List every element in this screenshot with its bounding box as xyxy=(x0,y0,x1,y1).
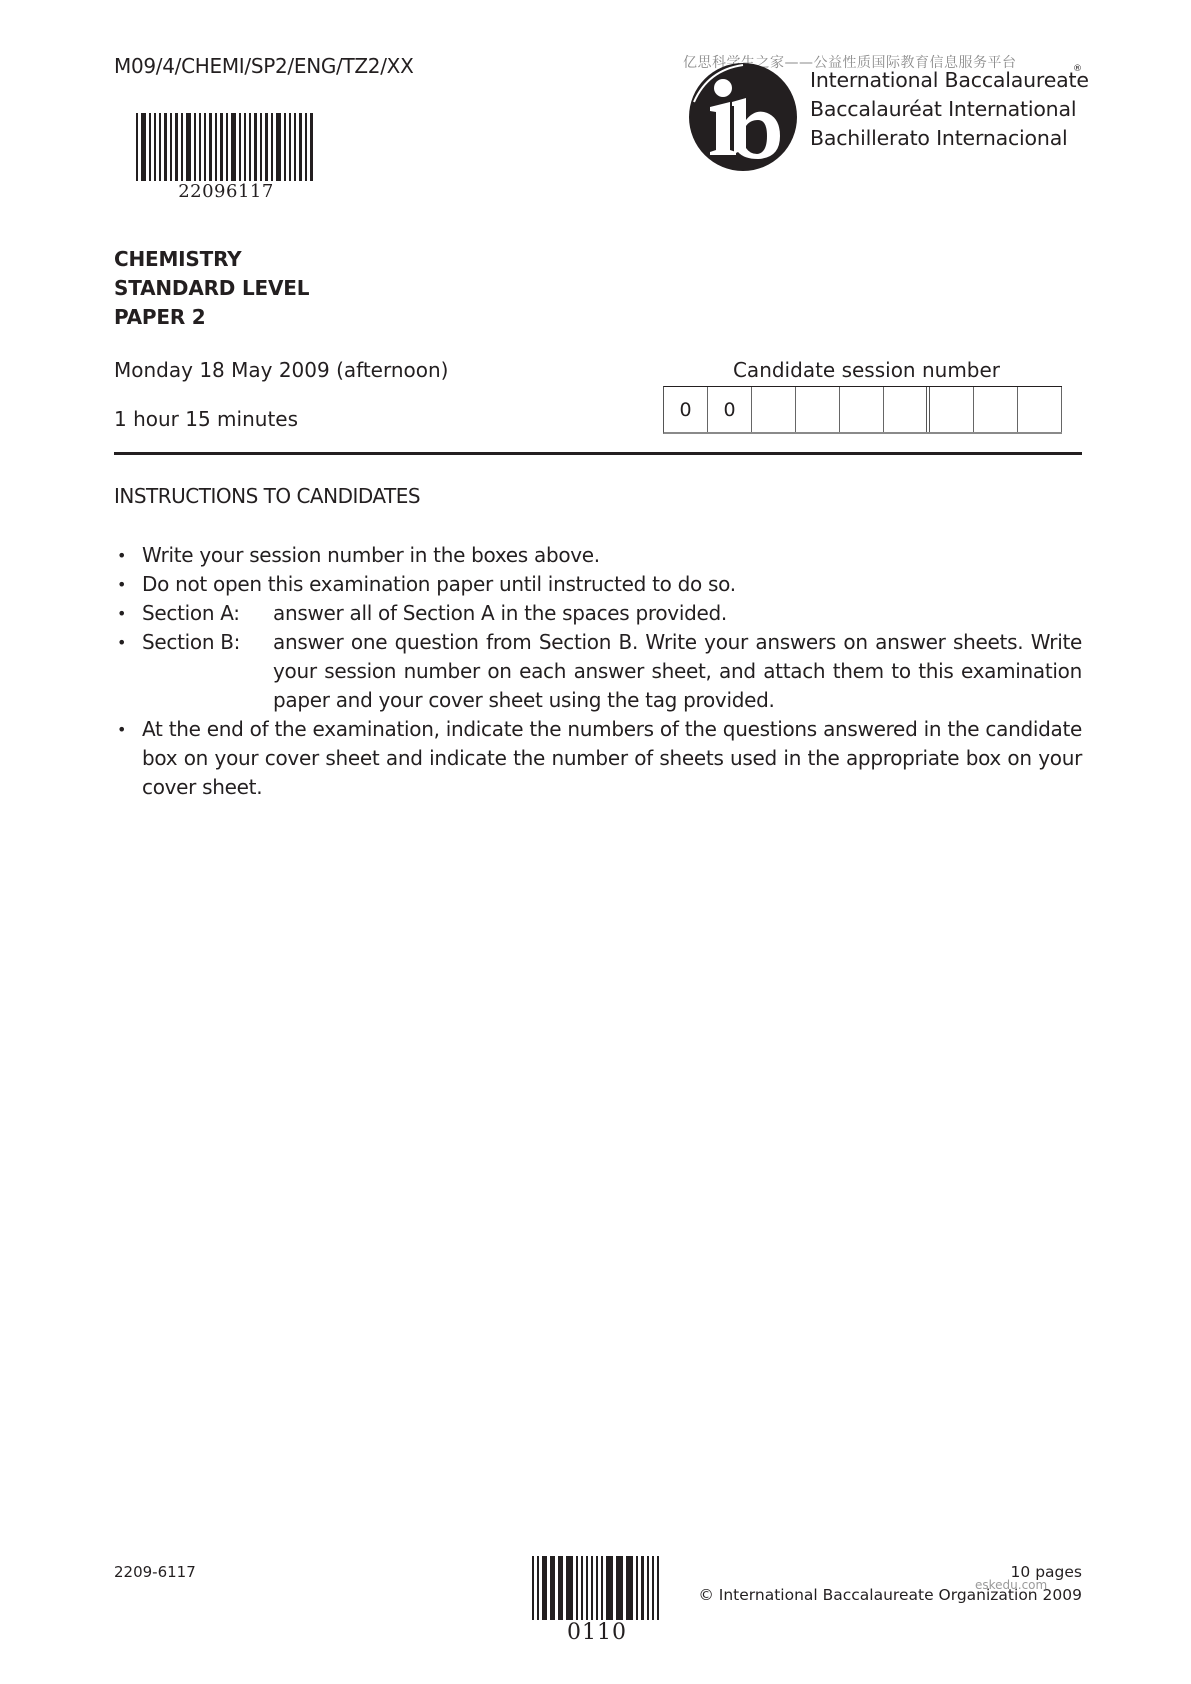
session-digit-box[interactable] xyxy=(840,387,884,432)
instruction-label: Section A: xyxy=(142,599,273,628)
instructions-title: INSTRUCTIONS TO CANDIDATES xyxy=(114,484,420,508)
bullet-icon: • xyxy=(117,541,126,570)
divider xyxy=(114,452,1082,455)
session-number-label: Candidate session number xyxy=(659,358,1074,382)
session-digit-box[interactable] xyxy=(930,387,974,432)
session-digit-box[interactable]: 0 xyxy=(708,387,752,432)
subject-level: STANDARD LEVEL xyxy=(114,274,309,303)
instruction-text: At the end of the examination, indicate … xyxy=(142,715,1082,802)
watermark-url: eskedu.com xyxy=(975,1578,1047,1592)
barcode-icon xyxy=(136,113,316,181)
exam-date: Monday 18 May 2009 (afternoon) xyxy=(114,358,448,382)
ib-organisation-names: International Baccalaureate Baccalauréat… xyxy=(810,66,1089,153)
bullet-icon: • xyxy=(117,715,126,744)
list-item: • At the end of the examination, indicat… xyxy=(114,715,1082,802)
list-item: • Section A: answer all of Section A in … xyxy=(114,599,1082,628)
ib-name-french: Baccalauréat International xyxy=(810,95,1089,124)
instruction-text: answer one question from Section B. Writ… xyxy=(273,628,1082,715)
session-number-boxes: 0 0 xyxy=(663,386,1062,434)
session-digit-box[interactable] xyxy=(796,387,840,432)
reference-code: M09/4/CHEMI/SP2/ENG/TZ2/XX xyxy=(114,54,413,78)
instruction-label: Section B: xyxy=(142,628,273,715)
instruction-text: answer all of Section A in the spaces pr… xyxy=(273,599,1082,628)
ib-name-spanish: Bachillerato Internacional xyxy=(810,124,1089,153)
barcode-number: 22096117 xyxy=(136,181,316,202)
ib-logo-icon xyxy=(688,62,798,172)
session-digit-box[interactable]: 0 xyxy=(664,387,708,432)
session-digit-box[interactable] xyxy=(1018,387,1062,432)
instruction-text: Write your session number in the boxes a… xyxy=(142,541,1082,570)
barcode-number: 0110 xyxy=(532,1620,662,1645)
list-item: • Write your session number in the boxes… xyxy=(114,541,1082,570)
registered-mark: ® xyxy=(1073,64,1082,74)
subject-name: CHEMISTRY xyxy=(114,245,309,274)
bullet-icon: • xyxy=(117,628,126,657)
bullet-icon: • xyxy=(117,599,126,628)
session-digit-box[interactable] xyxy=(974,387,1018,432)
session-digit-box[interactable] xyxy=(752,387,796,432)
instructions-list: • Write your session number in the boxes… xyxy=(114,541,1082,802)
list-item: • Do not open this examination paper unt… xyxy=(114,570,1082,599)
barcode-icon xyxy=(532,1556,662,1620)
bullet-icon: • xyxy=(117,570,126,599)
paper-number: PAPER 2 xyxy=(114,303,309,332)
paper-code: 2209-6117 xyxy=(114,1563,196,1581)
ib-name-english: International Baccalaureate xyxy=(810,66,1089,95)
session-digit-box[interactable] xyxy=(884,387,930,432)
list-item: • Section B: answer one question from Se… xyxy=(114,628,1082,715)
exam-duration: 1 hour 15 minutes xyxy=(114,407,298,431)
subject-title: CHEMISTRY STANDARD LEVEL PAPER 2 xyxy=(114,245,309,332)
instruction-text: Do not open this examination paper until… xyxy=(142,570,1082,599)
